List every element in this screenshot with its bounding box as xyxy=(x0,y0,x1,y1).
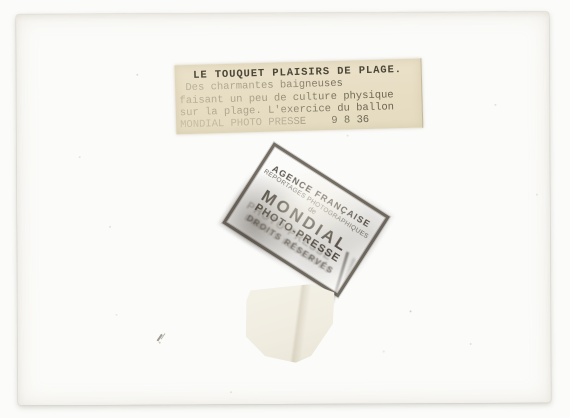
caption-label: LE TOUQUET PLAISIRS DE PLAGE. Des charma… xyxy=(174,58,423,134)
pencil-mark xyxy=(157,334,163,342)
scanned-photo-verso: LE TOUQUET PLAISIRS DE PLAGE. Des charma… xyxy=(0,0,570,418)
agency-stamp: AGENCE FRANÇAISE REPORTAGES PHOTOGRAPHIQ… xyxy=(222,142,390,297)
photo-back-paper: LE TOUQUET PLAISIRS DE PLAGE. Des charma… xyxy=(16,12,551,406)
torn-paper-patch xyxy=(242,283,337,365)
paper-specks xyxy=(16,14,18,16)
